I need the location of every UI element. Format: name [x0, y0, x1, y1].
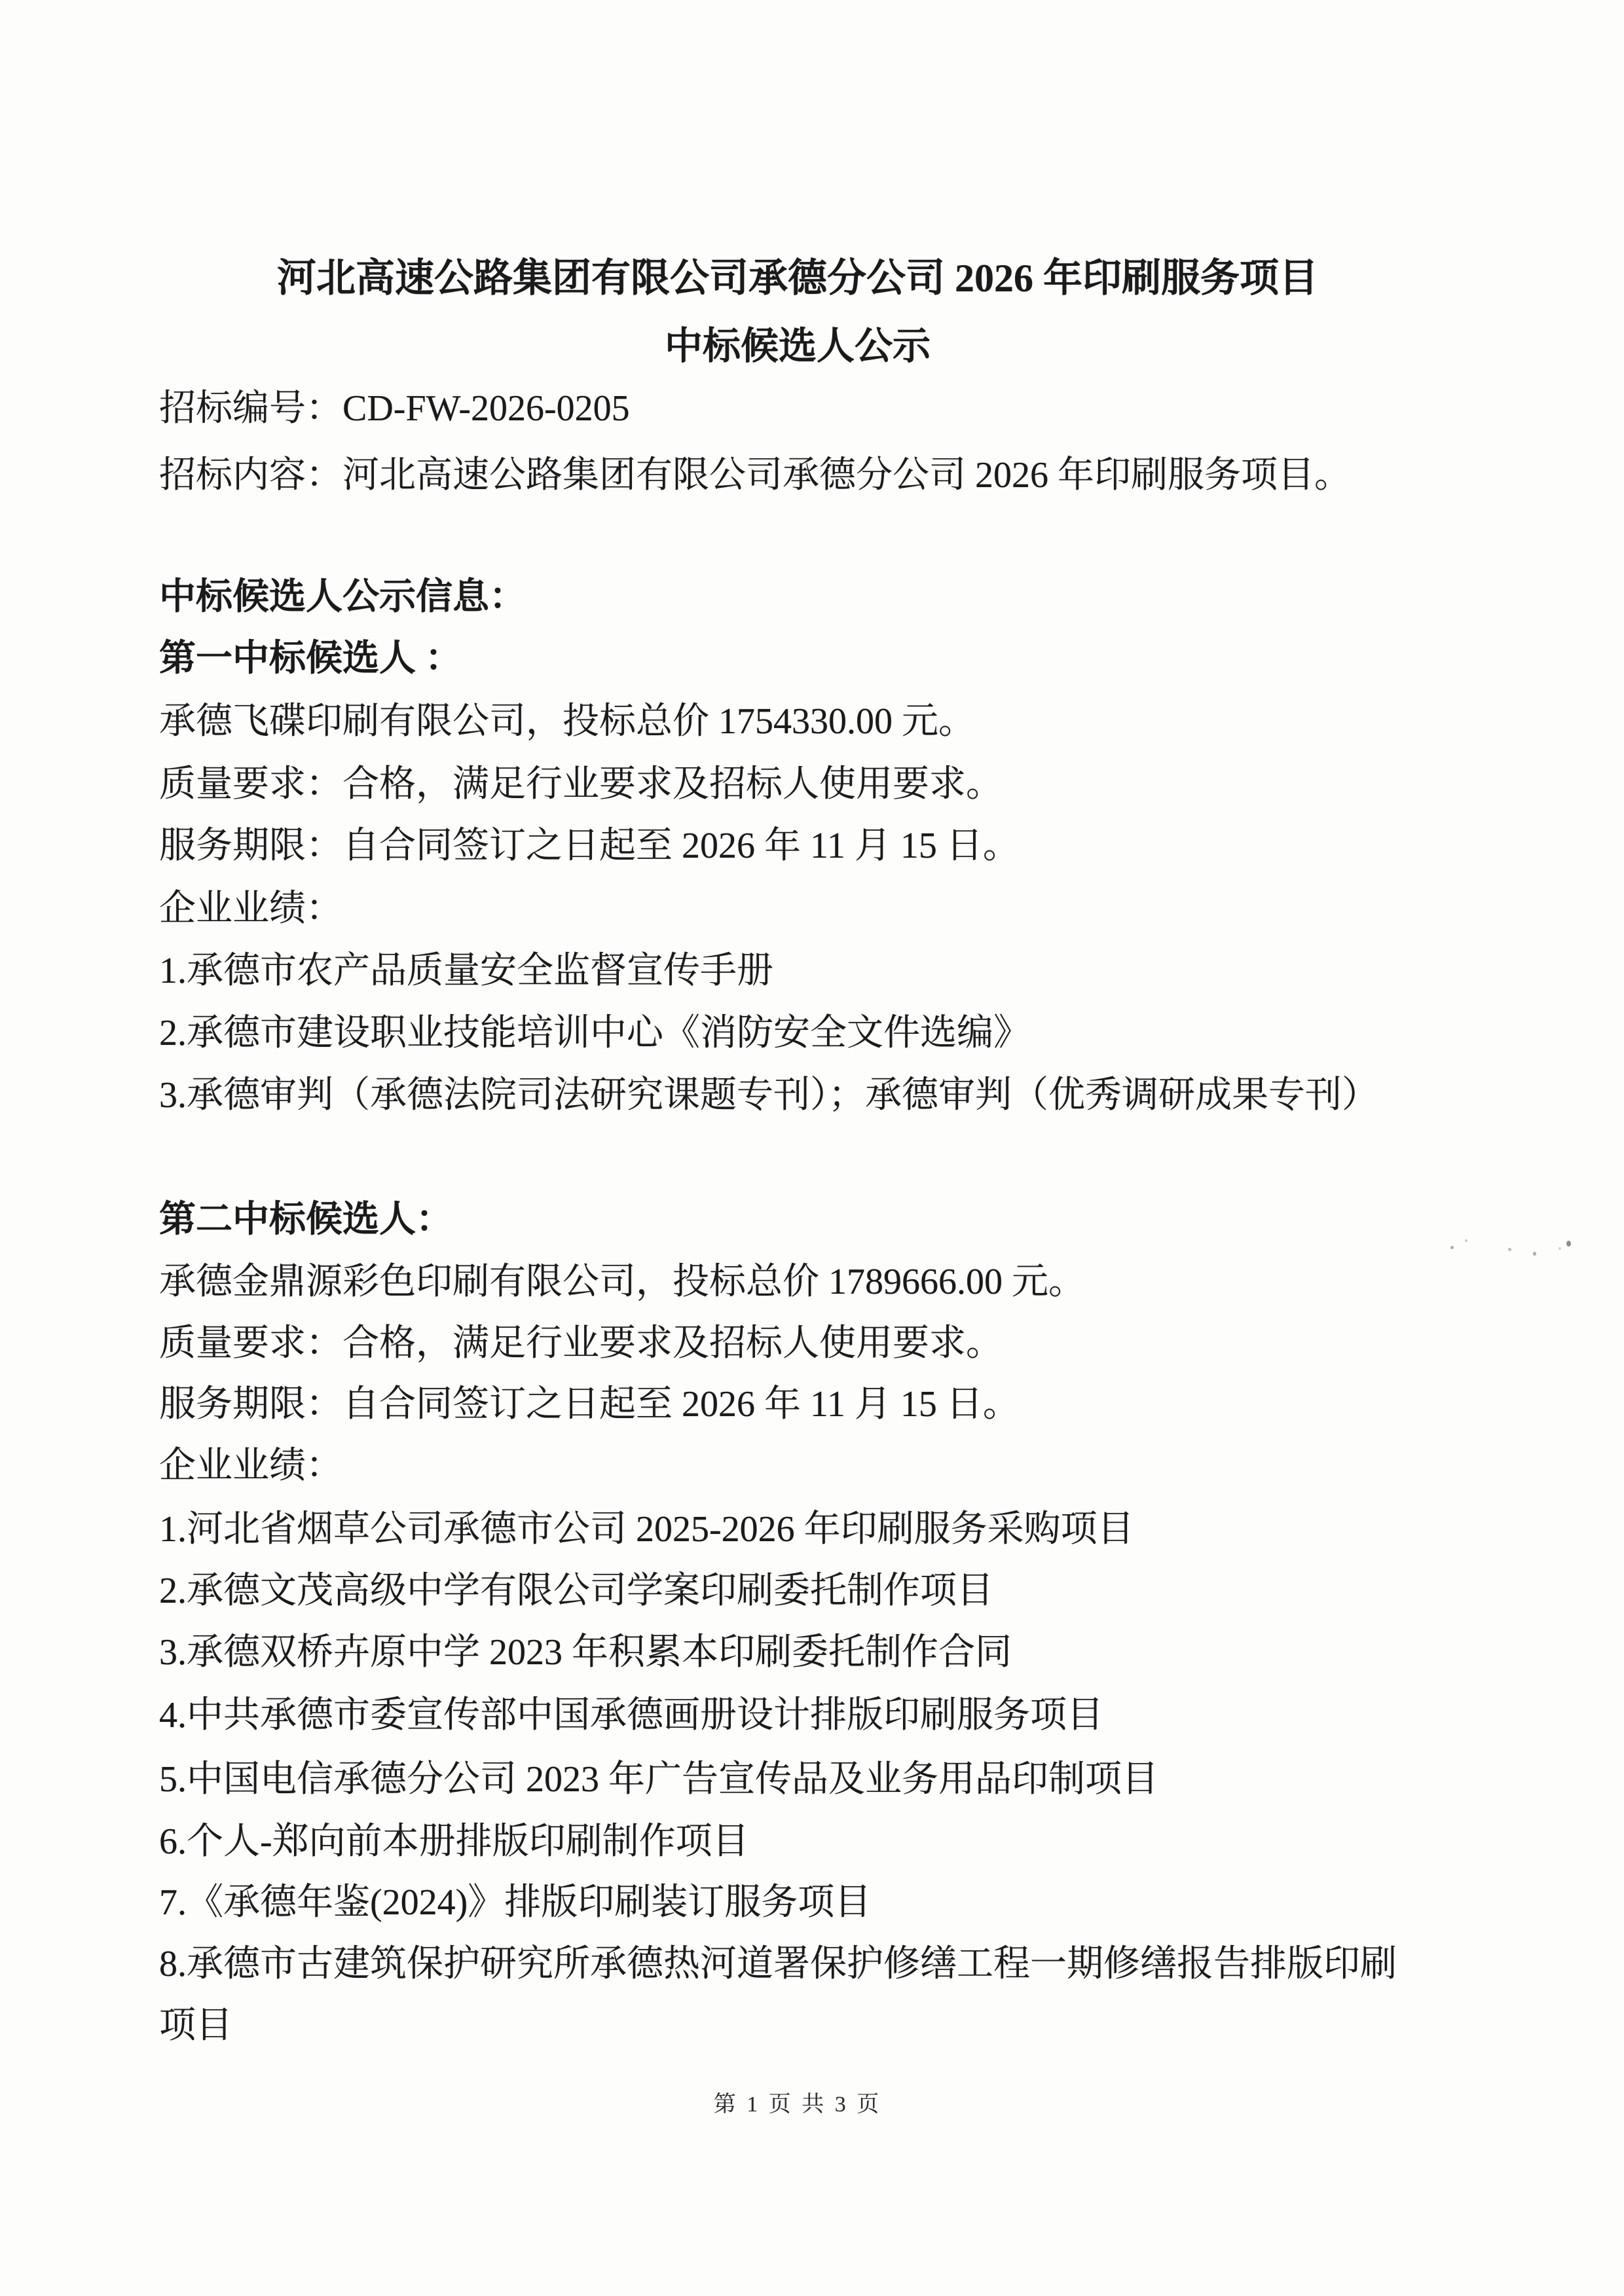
candidate1-performance-item: 2.承德市建设职业技能培训中心《消防安全文件选编》 [159, 1002, 1436, 1064]
candidate1-performance-item: 1.承德市农产品质量安全监督宣传手册 [159, 940, 1436, 1002]
candidate2-performance-heading: 企业业绩： [159, 1435, 1436, 1497]
bid-content-line: 招标内容：河北高速公路集团有限公司承德分公司 2026 年印刷服务项目。 [159, 445, 1436, 506]
candidate2-performance-item: 3.承德双桥卉原中学 2023 年积累本印刷委托制作合同 [159, 1622, 1436, 1683]
candidate1-performance-heading: 企业业绩： [159, 878, 1436, 939]
candidate2-performance-item: 1.河北省烟草公司承德市公司 2025-2026 年印刷服务采购项目 [159, 1499, 1436, 1560]
candidate1-service-period: 服务期限：自合同签订之日起至 2026 年 11 月 15 日。 [159, 815, 1436, 877]
candidate2-quality-requirement: 质量要求：合格，满足行业要求及招标人使用要求。 [159, 1313, 1436, 1374]
candidate1-heading: 第一中标候选人 ： [159, 628, 1436, 689]
candidate1-company-price: 承德飞碟印刷有限公司，投标总价 1754330.00 元。 [159, 691, 1436, 752]
scan-speck [1533, 1252, 1536, 1256]
bid-number-line: 招标编号：CD-FW-2026-0205 [159, 378, 1436, 439]
scanned-document-page: 河北高速公路集团有限公司承德分公司 2026 年印刷服务项目 中标候选人公示 招… [0, 0, 1624, 2296]
candidate2-performance-item: 6.个人-郑向前本册排版印刷制作项目 [159, 1811, 1436, 1872]
scan-speck [1465, 1239, 1467, 1242]
candidate2-performance-item: 2.承德文茂高级中学有限公司学案印刷委托制作项目 [159, 1560, 1436, 1622]
candidate2-performance-item: 5.中国电信承德分公司 2023 年广告宣传品及业务用品印制项目 [159, 1749, 1436, 1810]
document-title-line2: 中标候选人公示 [159, 316, 1436, 377]
candidate1-performance-item: 3.承德审判（承德法院司法研究课题专刊）；承德审判（优秀调研成果专刊） [159, 1065, 1436, 1126]
scan-speck [1450, 1246, 1454, 1249]
candidate2-heading: 第二中标候选人： [159, 1189, 1436, 1250]
candidate2-service-period: 服务期限：自合同签订之日起至 2026 年 11 月 15 日。 [159, 1374, 1436, 1435]
candidate2-performance-item: 4.中共承德市委宣传部中国承德画册设计排版印刷服务项目 [159, 1685, 1436, 1746]
candidate1-quality-requirement: 质量要求：合格，满足行业要求及招标人使用要求。 [159, 754, 1436, 815]
info-heading: 中标候选人公示信息： [159, 566, 1436, 628]
scan-speck [1508, 1248, 1511, 1251]
document-title-line1: 河北高速公路集团有限公司承德分公司 2026 年印刷服务项目 [159, 247, 1436, 309]
candidate2-performance-item: 7.《承德年鉴(2024)》排版印刷装订服务项目 [159, 1872, 1436, 1933]
scan-speck [1559, 1247, 1561, 1250]
page-number-footer: 第 1 页 共 3 页 [159, 2086, 1436, 2118]
candidate2-company-price: 承德金鼎源彩色印刷有限公司，投标总价 1789666.00 元。 [159, 1251, 1436, 1313]
candidate2-performance-item: 8.承德市古建筑保护研究所承德热河道署保护修缮工程一期修缮报告排版印刷项目 [159, 1933, 1423, 2056]
scan-speck [1566, 1241, 1571, 1247]
